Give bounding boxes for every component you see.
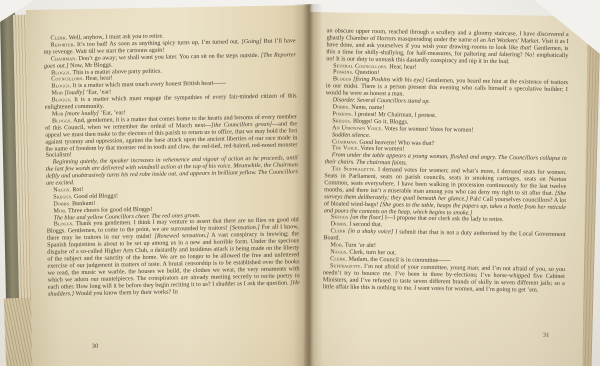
speech-paragraph: Bloggs. And, gentlemen, it is a matter t…: [45, 114, 298, 160]
stage-direction: Beginning quietly, the speaker increases…: [46, 156, 298, 188]
right-page-number: 31: [543, 332, 549, 339]
page-edges-bottom-left: [4, 298, 34, 366]
right-page: an obscure upper room, reached through a…: [304, 12, 588, 366]
right-page-text: an obscure upper room, reached through a…: [323, 28, 569, 294]
left-page-number: 30: [92, 343, 98, 350]
left-page-text: Clerk. Well, anyhow, I must ask you to r…: [43, 31, 300, 298]
speech-paragraph: Bloggs. Thank you gentlemen. I think I m…: [47, 218, 300, 298]
speech-paragraph: The Suffragette. I demand votes for wome…: [324, 166, 567, 218]
speech-paragraph: an obscure upper room, reached through a…: [326, 28, 569, 66]
book-gutter-shadow: [293, 4, 323, 366]
open-book-photo: Clerk. Well, anyhow, I must ask you to r…: [0, 0, 600, 366]
speech-paragraph: Suffragette. I’m not afraid of your comm…: [323, 263, 565, 294]
left-page: Clerk. Well, anyhow, I must ask you to r…: [26, 5, 316, 366]
